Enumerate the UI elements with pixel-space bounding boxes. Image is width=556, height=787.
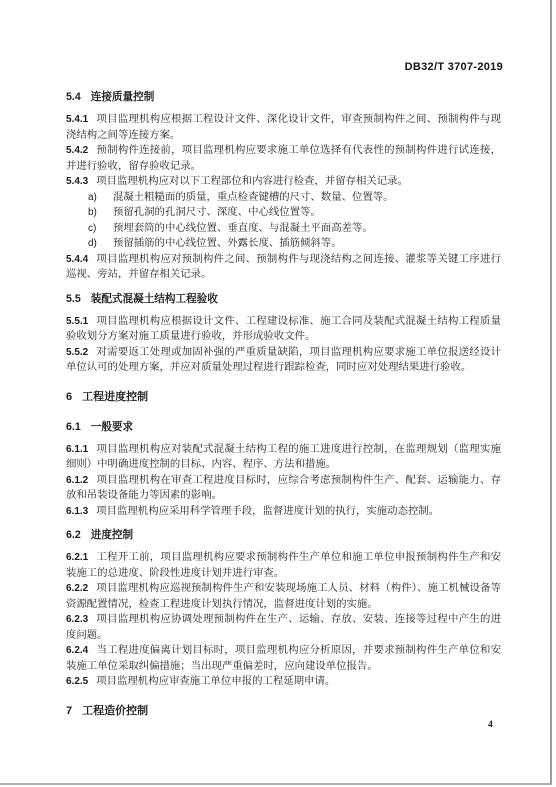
clause-number: 6.2.5 [66,676,96,687]
list-item: b)预留孔洞的孔洞尺寸、深度、中心线位置等。 [66,205,501,221]
heading-number: 6 [66,391,82,403]
list-item: d)预留插筋的中心线位置、外露长度、插筋倾斜等。 [66,236,501,252]
heading-title: 工程进度控制 [82,391,148,403]
heading-title: 进度控制 [91,529,133,541]
heading-title: 一般要求 [91,421,133,433]
list-item-text: 预留孔洞的孔洞尺寸、深度、中心线位置等。 [113,207,321,218]
clause-text: 项目监理机构应审查施工单位申报的工程延期申请。 [96,676,335,687]
clause-text: 当工程进度偏离计划目标时，项目监理机构应分析原因，并要求预制构件生产单位和安装施… [66,645,501,672]
section-heading: 6.1一般要求 [66,419,501,435]
clause-text: 预制构件连接前，项目监理机构应要求施工单位选择有代表性的预制构件进行试连接，并进… [66,145,501,172]
list-item-text: 预埋套筒的中心线位置、垂直度、与混凝土平面高差等。 [113,223,373,234]
list-marker: a) [88,190,113,206]
clause-paragraph: 6.1.1项目监理机构应对装配式混凝土结构工程的施工进度进行控制，在监理规划（监… [66,442,501,473]
clause-number: 6.2.3 [66,614,96,625]
clause-number: 5.5.2 [66,347,96,358]
clause-text: 工程开工前，项目监理机构应要求预制构件生产单位和施工单位申报预制构件生产和安装施… [66,552,501,579]
document-page: DB32/T 3707-2019 5.4连接质量控制5.4.1项目监理机构应根据… [0,0,552,785]
clause-paragraph: 6.2.1工程开工前，项目监理机构应要求预制构件生产单位和施工单位申报预制构件生… [66,550,501,581]
heading-number: 6.2 [66,529,91,541]
clause-paragraph: 5.4.4项目监理机构应对预制构件之间、预制构件与现浇结构之间连接、灌浆等关键工… [66,252,501,283]
section-heading: 5.4连接质量控制 [66,89,501,105]
list-marker: b) [88,205,113,221]
clause-paragraph: 6.2.5项目监理机构应审查施工单位申报的工程延期申请。 [66,674,501,690]
clause-paragraph: 5.5.1项目监理机构应根据设计文件、工程建设标准、施工合同及装配式混凝土结构工… [66,314,501,345]
heading-number: 5.4 [66,91,91,103]
clause-number: 6.1.2 [66,475,96,486]
chapter-heading: 7工程造价控制 [66,703,501,720]
clause-paragraph: 5.5.2对需要返工处理或加固补强的严重质量缺陷，项目监理机构应要求施工单位报送… [66,345,501,376]
clause-text: 项目监理机构应根据设计文件、工程建设标准、施工合同及装配式混凝土结构工程质量验收… [66,316,501,343]
clause-number: 6.2.2 [66,583,96,594]
list-item-text: 混凝土粗糙面的质量，重点检查键槽的尺寸、数量、位置等。 [113,192,394,203]
clause-number: 5.4.3 [66,176,96,187]
clause-text: 项目监理机构应对预制构件之间、预制构件与现浇结构之间连接、灌浆等关键工序进行巡视… [66,254,501,281]
clause-number: 5.5.1 [66,316,96,327]
clause-text: 项目监理机构应根据工程设计文件、深化设计文件，审查预制构件之间、预制构件与现浇结… [66,114,501,141]
clause-paragraph: 6.2.3项目监理机构应协调处理预制构件在生产、运输、存放、安装、连接等过程中产… [66,612,501,643]
clause-text: 项目监理机构应采用科学管理手段，监督进度计划的执行，实施动态控制。 [96,506,439,517]
clause-text: 项目监理机构应对以下工程部位和内容进行检查，并留存相关记录。 [96,176,408,187]
clause-paragraph: 5.4.3项目监理机构应对以下工程部位和内容进行检查，并留存相关记录。 [66,174,501,190]
list-marker: c) [88,221,113,237]
clause-text: 对需要返工处理或加固补强的严重质量缺陷，项目监理机构应要求施工单位报送经设计单位… [66,347,501,374]
clause-paragraph: 6.1.3项目监理机构应采用科学管理手段，监督进度计划的执行，实施动态控制。 [66,504,501,520]
document-content: 5.4连接质量控制5.4.1项目监理机构应根据工程设计文件、深化设计文件，审查预… [66,89,501,733]
clause-number: 6.1.3 [66,506,96,517]
page-number: 4 [488,720,493,730]
list-marker: d) [88,236,113,252]
clause-paragraph: 6.1.2项目监理机构在审查工程进度目标时，应综合考虑预制构件生产、配套、运输能… [66,473,501,504]
standard-number: DB32/T 3707-2019 [405,61,503,73]
clause-number: 5.4.4 [66,254,96,265]
clause-paragraph: 5.4.1项目监理机构应根据工程设计文件、深化设计文件，审查预制构件之间、预制构… [66,112,501,143]
clause-number: 6.2.1 [66,552,96,563]
clause-number: 5.4.1 [66,114,96,125]
heading-title: 装配式混凝土结构工程验收 [91,293,218,305]
clause-paragraph: 5.4.2预制构件连接前，项目监理机构应要求施工单位选择有代表性的预制构件进行试… [66,143,501,174]
heading-number: 5.5 [66,293,91,305]
heading-title: 工程造价控制 [82,705,148,717]
clause-text: 项目监理机构应协调处理预制构件在生产、运输、存放、安装、连接等过程中产生的进度问… [66,614,501,641]
section-heading: 6.2进度控制 [66,527,501,543]
clause-number: 5.4.2 [66,145,96,156]
list-item-text: 预留插筋的中心线位置、外露长度、插筋倾斜等。 [113,238,342,249]
clause-text: 项目监理机构应巡视预制构件生产和安装现场施工人员、材料（构件）、施工机械设备等资… [66,583,501,610]
clause-paragraph: 6.2.2项目监理机构应巡视预制构件生产和安装现场施工人员、材料（构件）、施工机… [66,581,501,612]
clause-number: 6.2.4 [66,645,96,656]
list-item: c)预埋套筒的中心线位置、垂直度、与混凝土平面高差等。 [66,221,501,237]
clause-text: 项目监理机构应对装配式混凝土结构工程的施工进度进行控制，在监理规划（监理实施细则… [66,444,501,471]
heading-number: 7 [66,705,82,717]
heading-title: 连接质量控制 [91,91,155,103]
chapter-heading: 6工程进度控制 [66,389,501,406]
clause-number: 6.1.1 [66,444,96,455]
clause-paragraph: 6.2.4当工程进度偏离计划目标时，项目监理机构应分析原因，并要求预制构件生产单… [66,643,501,674]
section-heading: 5.5装配式混凝土结构工程验收 [66,291,501,307]
heading-number: 6.1 [66,421,91,433]
clause-text: 项目监理机构在审查工程进度目标时，应综合考虑预制构件生产、配套、运输能力、存放和… [66,475,501,502]
list-item: a)混凝土粗糙面的质量，重点检查键槽的尺寸、数量、位置等。 [66,190,501,206]
